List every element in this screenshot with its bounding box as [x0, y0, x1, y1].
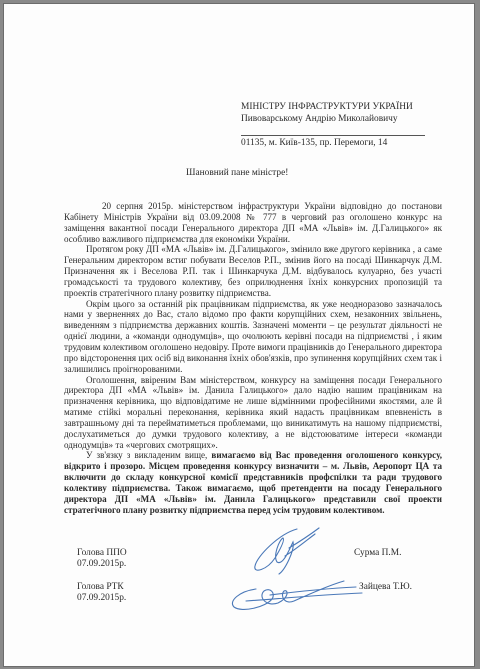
- paragraph-4: Оголошення, ввіреним Вам міністерством, …: [64, 375, 442, 451]
- paragraph-2: Протягом року ДП «МА «Львів» ім. Д.Галиц…: [64, 244, 442, 298]
- signature-2-icon: [226, 577, 366, 617]
- paragraph-1: 20 серпня 2015р. міністерством інфрастру…: [64, 201, 442, 244]
- letter-page: МІНІСТРУ ІНФРАСТРУКТУРИ УКРАЇНИ Пивоварс…: [3, 3, 475, 667]
- paragraph-3: Окрім цього за останній рік працівникам …: [64, 299, 442, 375]
- signer-1-name: Сурма П.М.: [354, 548, 401, 559]
- signer-2-date: 07.09.2015р.: [77, 593, 126, 604]
- paragraph-5-intro: У зв'язку з викладеним вище,: [86, 450, 211, 460]
- addressee-address: 01135, м. Київ-135, пр. Перемоги, 14: [241, 138, 387, 149]
- signature-1-icon: [249, 526, 329, 576]
- address-divider: [241, 135, 425, 136]
- signer-2-role: Голова РТК: [77, 582, 124, 593]
- signer-2-name: Зайцева Т.Ю.: [359, 582, 412, 593]
- signer-1-date: 07.09.2015р.: [77, 559, 126, 570]
- letter-body: 20 серпня 2015р. міністерством інфрастру…: [64, 201, 442, 515]
- addressee-title: МІНІСТРУ ІНФРАСТРУКТУРИ УКРАЇНИ: [241, 102, 413, 113]
- paragraph-5: У зв'язку з викладеним вище, вимагаємо в…: [64, 450, 442, 515]
- addressee-name: Пивоварському Андрію Миколайовичу: [241, 114, 398, 125]
- signer-1-role: Голова ППО: [77, 548, 127, 559]
- greeting: Шановний пане міністре!: [186, 168, 288, 179]
